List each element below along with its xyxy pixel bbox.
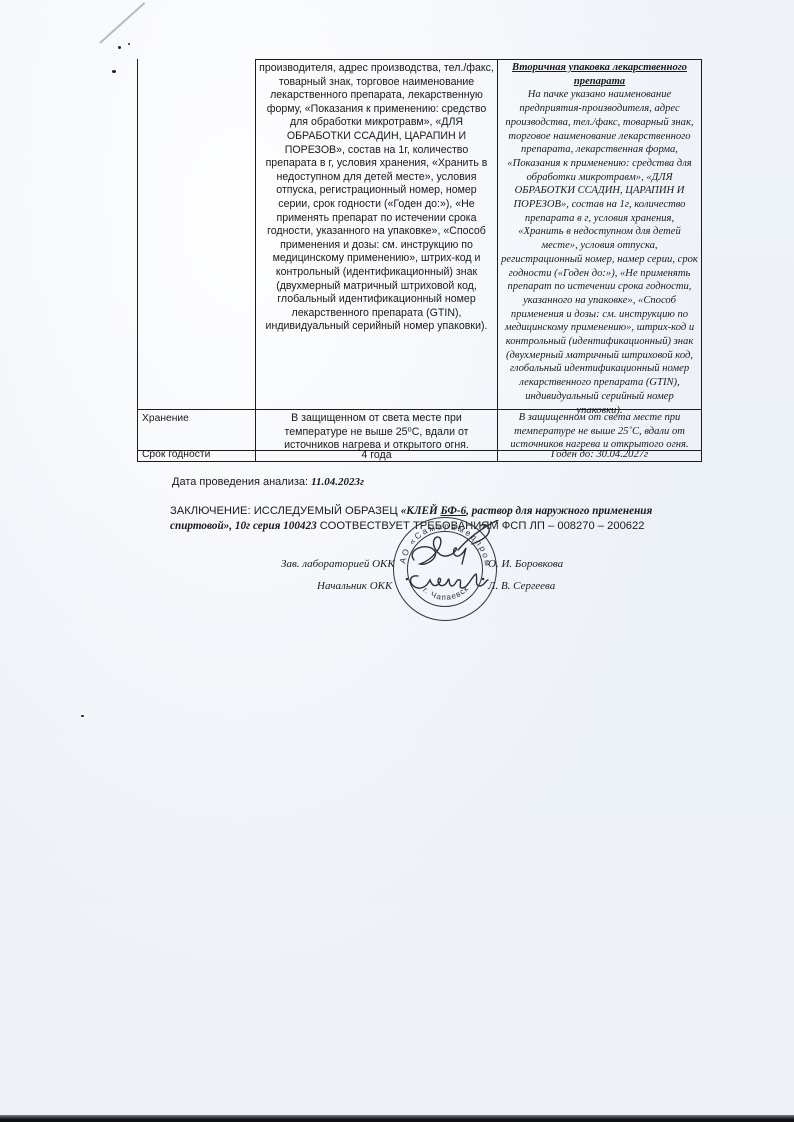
signer-role: Зав. лабораторией ОКК xyxy=(281,558,395,570)
signer-role: Начальник ОКК xyxy=(317,580,392,592)
result-cell-packaging: Вторичная упаковка лекарственного препар… xyxy=(498,60,701,409)
scan-speck xyxy=(112,70,116,73)
product-name: БФ-6 xyxy=(441,505,467,517)
result-cell-storage: В защищенном от света месте при температ… xyxy=(498,410,701,450)
handwritten-signatures xyxy=(400,520,510,610)
requirement-cell-packaging: производителя, адрес производства, тел./… xyxy=(256,60,497,409)
analysis-date: Дата проведения анализа: 11.04.2023г xyxy=(172,476,364,488)
table-border-right xyxy=(701,59,702,461)
table-border-bottom xyxy=(137,461,702,462)
conclusion-prefix: ЗАКЛЮЧЕНИЕ: ИССЛЕДУЕМЫЙ ОБРАЗЕЦ xyxy=(170,505,401,517)
table-row-label-shelf-life: Срок годности xyxy=(138,449,255,461)
requirement-cell-shelf-life: 4 года xyxy=(256,449,497,461)
requirement-cell-storage: В защищенном от света месте при температ… xyxy=(256,410,497,450)
scan-speck xyxy=(118,46,121,49)
result-text-packaging: На пачке указано наименование предприяти… xyxy=(501,88,698,417)
result-heading-secondary-packaging: Вторичная упаковка лекарственного препар… xyxy=(501,61,698,88)
signature-line-lab-head: Зав. лабораторией ОКК xyxy=(281,558,395,570)
table-row-label xyxy=(138,60,255,409)
signature-line-okk-head: Начальник ОКК xyxy=(317,580,392,592)
table-row-label-storage: Хранение xyxy=(138,410,255,450)
scan-speck xyxy=(81,715,84,717)
result-cell-shelf-life: Годен до: 30.04.2027г xyxy=(498,449,701,461)
product-open: «КЛЕЙ xyxy=(401,505,441,517)
scan-edge-band xyxy=(0,1115,794,1122)
analysis-date-value: 11.04.2023г xyxy=(311,476,364,488)
scan-speck xyxy=(128,43,130,45)
analysis-date-label: Дата проведения анализа: xyxy=(172,476,308,488)
analysis-results-table: производителя, адрес производства, тел./… xyxy=(137,59,701,461)
